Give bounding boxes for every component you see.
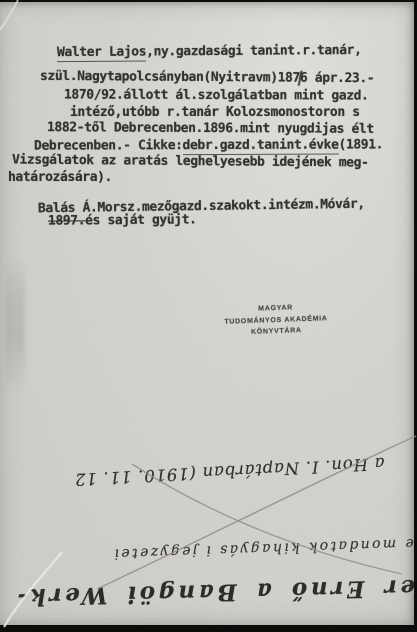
struck-year: 1897. — [48, 213, 85, 228]
library-stamp: MAGYAR TUDOMÁNYOS AKADÉMIA KÖNYVTÁRA — [223, 301, 328, 339]
typed-line-1: Walter Lajos,ny.gazdasági tanint.r.tanár… — [57, 43, 362, 61]
name-underlined: Walter Lajos — [57, 44, 146, 62]
overstruck-year: 76 — [292, 71, 307, 86]
typed-line-6: Debrecenben.- Cikke:debr.gazd.tanint.évk… — [34, 137, 383, 154]
typed-line-2: szül.Nagytapolcsányban(Nyitravm)1876 ápr… — [40, 69, 374, 87]
handwritten-note-small: fele mondatok kihagyás i jegyzetei — [112, 534, 417, 561]
typed-line-4: intéző,utóbb r.tanár Kolozsmonostoron s — [70, 105, 360, 121]
typed-line-5: 1882-től Debrecenben.1896.mint nyugdijas… — [47, 120, 374, 138]
typed-line-8: határozására). — [8, 170, 112, 186]
card-paper: Walter Lajos,ny.gazdasági tanint.r.tanár… — [0, 2, 414, 625]
typed-line-7: Vizsgálatok az aratás leghelyesebb idejé… — [12, 152, 369, 171]
typed-line-10: 1897.és saját gyüjt. — [48, 212, 197, 229]
scanned-card: Walter Lajos,ny.gazdasági tanint.r.tanár… — [0, 0, 417, 632]
scan-smudge — [5, 254, 25, 394]
typed-line-3: 1870/92.állott ál.szolgálatban mint gazd… — [64, 87, 369, 104]
handwritten-note-dated: a Hon. I. Naptárban (1910. 11. 12 — [74, 454, 385, 489]
cited-title-underlined: debr.gazd.tanint.évke — [183, 138, 339, 156]
handwritten-note-name: Walter Ernő a Bangöi Werk- — [14, 572, 417, 611]
